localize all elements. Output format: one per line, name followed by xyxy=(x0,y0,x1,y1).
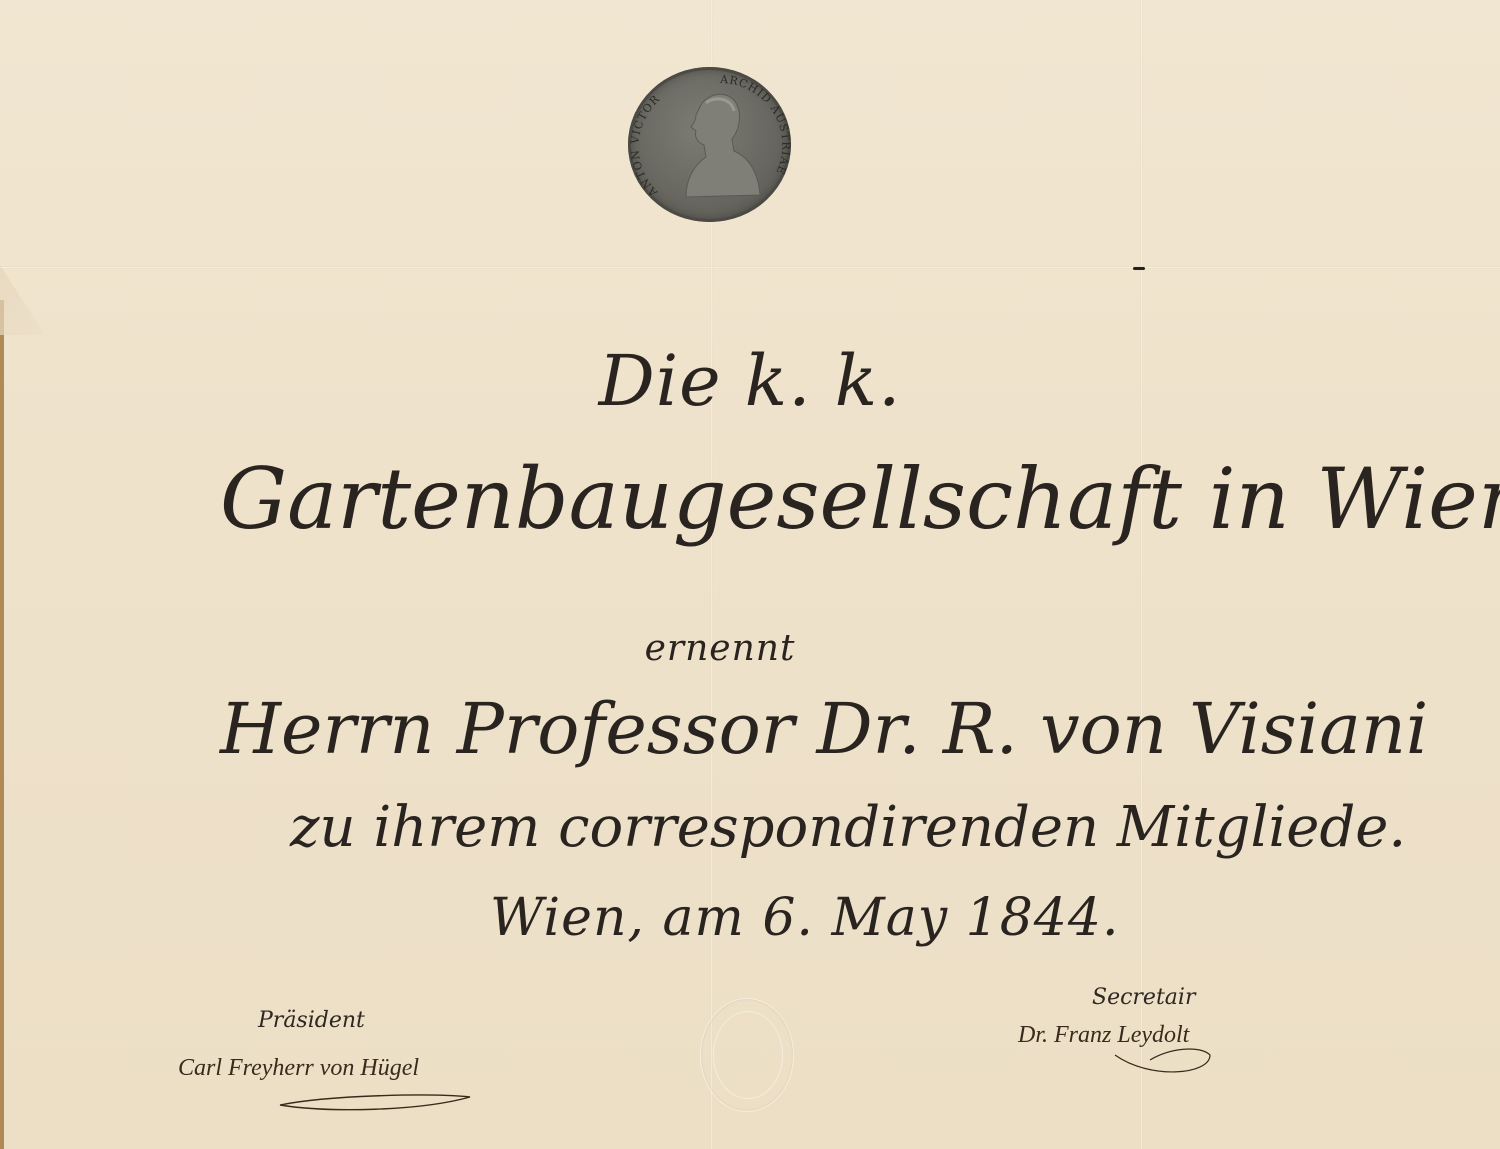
paper-edge xyxy=(0,300,4,1149)
portrait-medal: ANTON VICTOR ARCHID AUSTRIAE xyxy=(628,67,791,222)
heading-society-name: Gartenbaugesellschaft in Wien xyxy=(220,450,1220,548)
medal-portrait-icon: ANTON VICTOR ARCHID AUSTRIAE xyxy=(628,67,791,222)
president-signature: Carl Freyherr von Hügel xyxy=(178,1055,419,1082)
signature-flourish-icon xyxy=(1110,1040,1220,1080)
heading-society-prefix: Die k. k. xyxy=(560,340,940,422)
recipient-name: Herrn Professor Dr. R. von Visiani xyxy=(220,688,1250,770)
place-and-date: Wien, am 6. May 1844. xyxy=(490,888,960,948)
medal-inscription-left: ANTON VICTOR xyxy=(628,92,662,200)
embossed-seal xyxy=(700,998,794,1112)
fold-line-horizontal xyxy=(0,266,1500,269)
signature-flourish-icon xyxy=(270,1085,480,1115)
certificate-page: ANTON VICTOR ARCHID AUSTRIAE Die k. k. G… xyxy=(0,0,1500,1149)
fold-line-vertical-right xyxy=(1140,0,1143,1149)
secretary-label: Secretair xyxy=(1092,985,1195,1010)
membership-statement: zu ihrem correspondirenden Mitgliede. xyxy=(290,795,1150,860)
fold-tear-mark xyxy=(1133,267,1145,270)
text-appoints: ernennt xyxy=(620,628,820,669)
president-label: Präsident xyxy=(258,1008,365,1033)
svg-text:ANTON VICTOR: ANTON VICTOR xyxy=(628,92,662,200)
torn-corner xyxy=(0,265,45,335)
